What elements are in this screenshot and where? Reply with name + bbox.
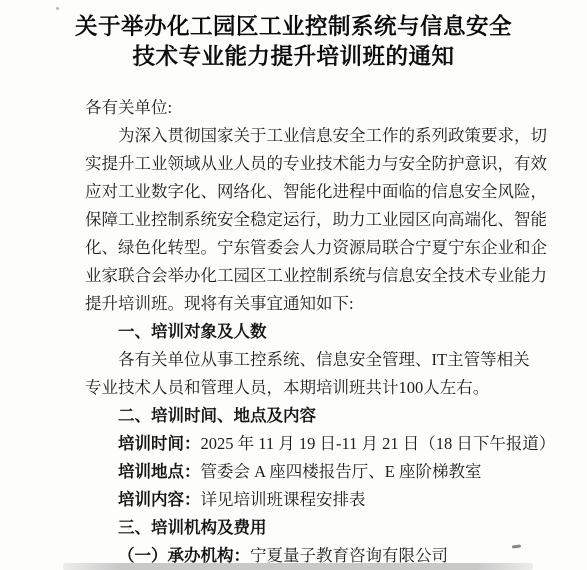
paragraph-line: 应对工业数字化、网络化、智能化进程中面临的信息安全风险， [85, 178, 531, 206]
section-heading-3: 三、培训机构及费用 [85, 514, 531, 542]
field-value: 详见培训班课程安排表 [201, 490, 366, 509]
paragraph-line: 提升培训班。现将有关事宜通知如下: [85, 290, 531, 318]
field-label: 培训时间： [118, 434, 201, 453]
paragraph-line: 业家联合会举办化工园区工业控制系统与信息安全技术专业能力 [85, 262, 531, 290]
section-heading-1: 一、培训对象及人数 [85, 318, 531, 346]
document-title: 关于举办化工园区工业控制系统与信息安全 技术专业能力提升培训班的通知 [0, 12, 587, 72]
field-training-content: 培训内容：详见培训班课程安排表 [85, 486, 531, 514]
paragraph-line: 化、绿色化转型。宁东管委会人力资源局联合宁夏宁东企业和企 [85, 234, 531, 262]
field-label: 培训地点： [118, 462, 201, 481]
paragraph-line: 为深入贯彻国家关于工业信息安全工作的系列政策要求，切 [85, 122, 531, 150]
salutation: 各有关单位: [85, 94, 531, 122]
document-body: 各有关单位: 为深入贯彻国家关于工业信息安全工作的系列政策要求，切 实提升工业领… [85, 94, 531, 570]
scan-speck-artifact [56, 7, 59, 10]
section-heading-2: 二、培训时间、地点及内容 [85, 402, 531, 430]
notice-document-page: 关于举办化工园区工业控制系统与信息安全 技术专业能力提升培训班的通知 各有关单位… [0, 0, 587, 570]
field-training-time: 培训时间：2025 年 11 月 19 日-11 月 21 日（18 日下午报道… [85, 430, 531, 458]
field-label: 培训内容： [118, 490, 201, 509]
document-title-line1: 关于举办化工园区工业控制系统与信息安全 [0, 12, 587, 42]
scan-edge-strip [63, 563, 533, 570]
paragraph-line: 各有关单位从事工控系统、信息安全管理、IT主管等相关 [85, 346, 531, 374]
document-title-line2: 技术专业能力提升培训班的通知 [0, 42, 587, 72]
field-training-location: 培训地点：管委会 A 座四楼报告厅、E 座阶梯教室 [85, 458, 531, 486]
paragraph-line: 专业技术人员和管理人员，本期培训班共计100人左右。 [85, 374, 531, 402]
paragraph-line: 保障工业控制系统安全稳定运行，助力工业园区向高端化、智能 [85, 206, 531, 234]
field-value: 2025 年 11 月 19 日-11 月 21 日（18 日下午报道） [201, 434, 556, 453]
paragraph-line: 实提升工业领域从业人员的专业技术能力与安全防护意识，有效 [85, 150, 531, 178]
field-value: 管委会 A 座四楼报告厅、E 座阶梯教室 [201, 462, 482, 481]
